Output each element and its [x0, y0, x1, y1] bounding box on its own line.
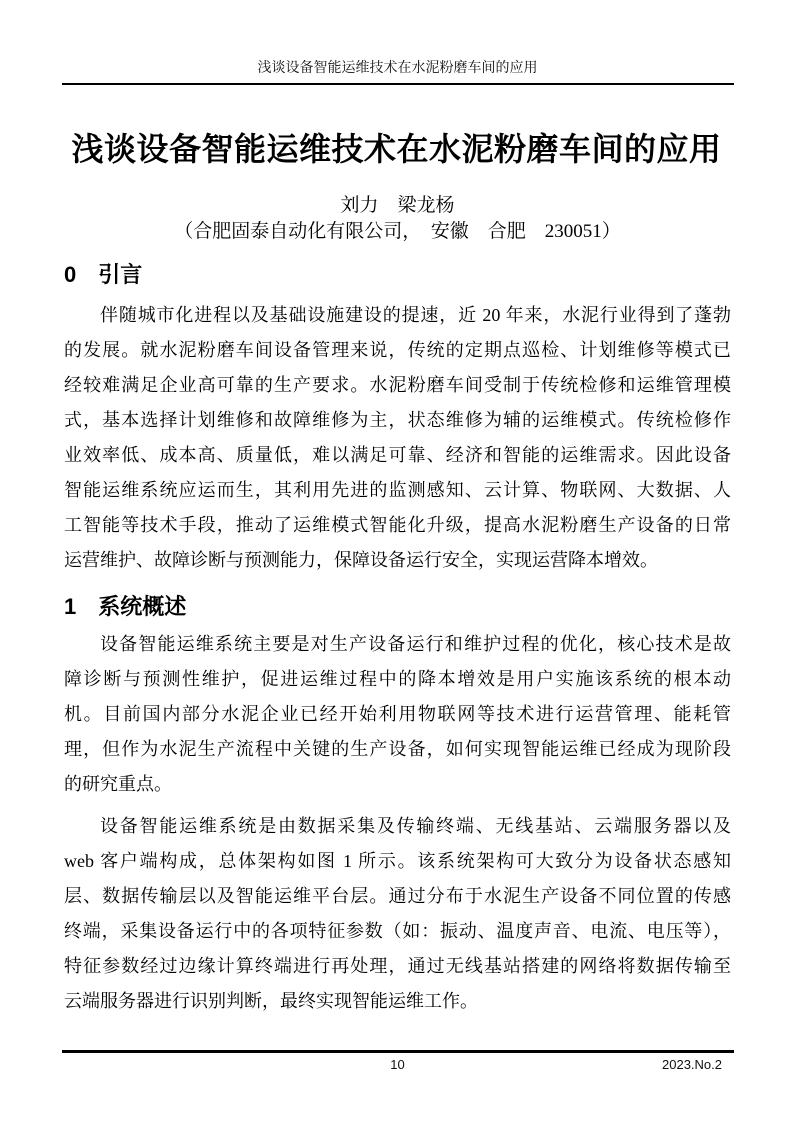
text-line: 云端服务器进行识别判断，最终实现智能运维工作。 [64, 984, 731, 1019]
journal-issue: 2023.No.2 [64, 1057, 722, 1073]
header-rule [62, 83, 734, 85]
text-line: 的研究重点。 [64, 767, 731, 802]
text-line: 特征参数经过边缘计算终端进行再处理，通过无线基站搭建的网络将数据传输至 [64, 949, 731, 984]
affiliation-line: （合肥固泰自动化有限公司， 安徽 合肥 230051） [64, 220, 731, 244]
text-line: 理，但作为水泥生产流程中关键的生产设备，如何实现智能运维已经成为现阶段 [64, 732, 731, 767]
text-line: 智能运维系统应运而生，其利用先进的监测感知、云计算、物联网、大数据、人 [64, 473, 731, 508]
paragraph-system-overview-2: 设备智能运维系统是由数据采集及传输终端、无线基站、云端服务器以及web 客户端构… [64, 809, 731, 1019]
paragraph-system-overview-1: 设备智能运维系统主要是对生产设备运行和维护过程的优化，核心技术是故障诊断与预测性… [64, 627, 731, 802]
text-line: 设备智能运维系统是由数据采集及传输终端、无线基站、云端服务器以及 [64, 809, 731, 844]
text-line: 设备智能运维系统主要是对生产设备运行和维护过程的优化，核心技术是故 [64, 627, 731, 662]
text-line: 的发展。就水泥粉磨车间设备管理来说，传统的定期点巡检、计划维修等模式已 [64, 333, 731, 368]
paper-title: 浅谈设备智能运维技术在水泥粉磨车间的应用 [40, 126, 753, 172]
running-header: 浅谈设备智能运维技术在水泥粉磨车间的应用 [64, 59, 731, 79]
footer-rule [62, 1050, 734, 1053]
text-line: 经较难满足企业高可靠的生产要求。水泥粉磨车间受制于传统检修和运维管理模 [64, 368, 731, 403]
paragraph-introduction: 伴随城市化进程以及基础设施建设的提速，近 20 年来，水泥行业得到了蓬勃的发展。… [64, 298, 731, 578]
text-line: 障诊断与预测性维护，促进运维过程中的降本增效是用户实施该系统的根本动 [64, 662, 731, 697]
text-line: web 客户端构成，总体架构如图 1 所示。该系统架构可大致分为设备状态感知 [64, 844, 731, 879]
section-heading-system-overview: 1 系统概述 [64, 593, 731, 621]
text-line: 工智能等技术手段，推动了运维模式智能化升级，提高水泥粉磨生产设备的日常 [64, 508, 731, 543]
text-line: 式，基本选择计划维修和故障维修为主，状态维修为辅的运维模式。传统检修作 [64, 403, 731, 438]
text-line: 层、数据传输层以及智能运维平台层。通过分布于水泥生产设备不同位置的传感 [64, 879, 731, 914]
text-line: 业效率低、成本高、质量低，难以满足可靠、经济和智能的运维需求。因此设备 [64, 438, 731, 473]
section-heading-introduction: 0 引言 [64, 261, 731, 289]
document-page: 浅谈设备智能运维技术在水泥粉磨车间的应用 浅谈设备智能运维技术在水泥粉磨车间的应… [0, 0, 793, 1122]
authors-line: 刘力 梁龙杨 [64, 194, 731, 218]
text-line: 机。目前国内部分水泥企业已经开始利用物联网等技术进行运营管理、能耗管 [64, 697, 731, 732]
text-line: 运营维护、故障诊断与预测能力，保障设备运行安全，实现运营降本增效。 [64, 543, 731, 578]
text-line: 终端，采集设备运行中的各项特征参数（如：振动、温度声音、电流、电压等）， [64, 914, 731, 949]
text-line: 伴随城市化进程以及基础设施建设的提速，近 20 年来，水泥行业得到了蓬勃 [64, 298, 731, 333]
